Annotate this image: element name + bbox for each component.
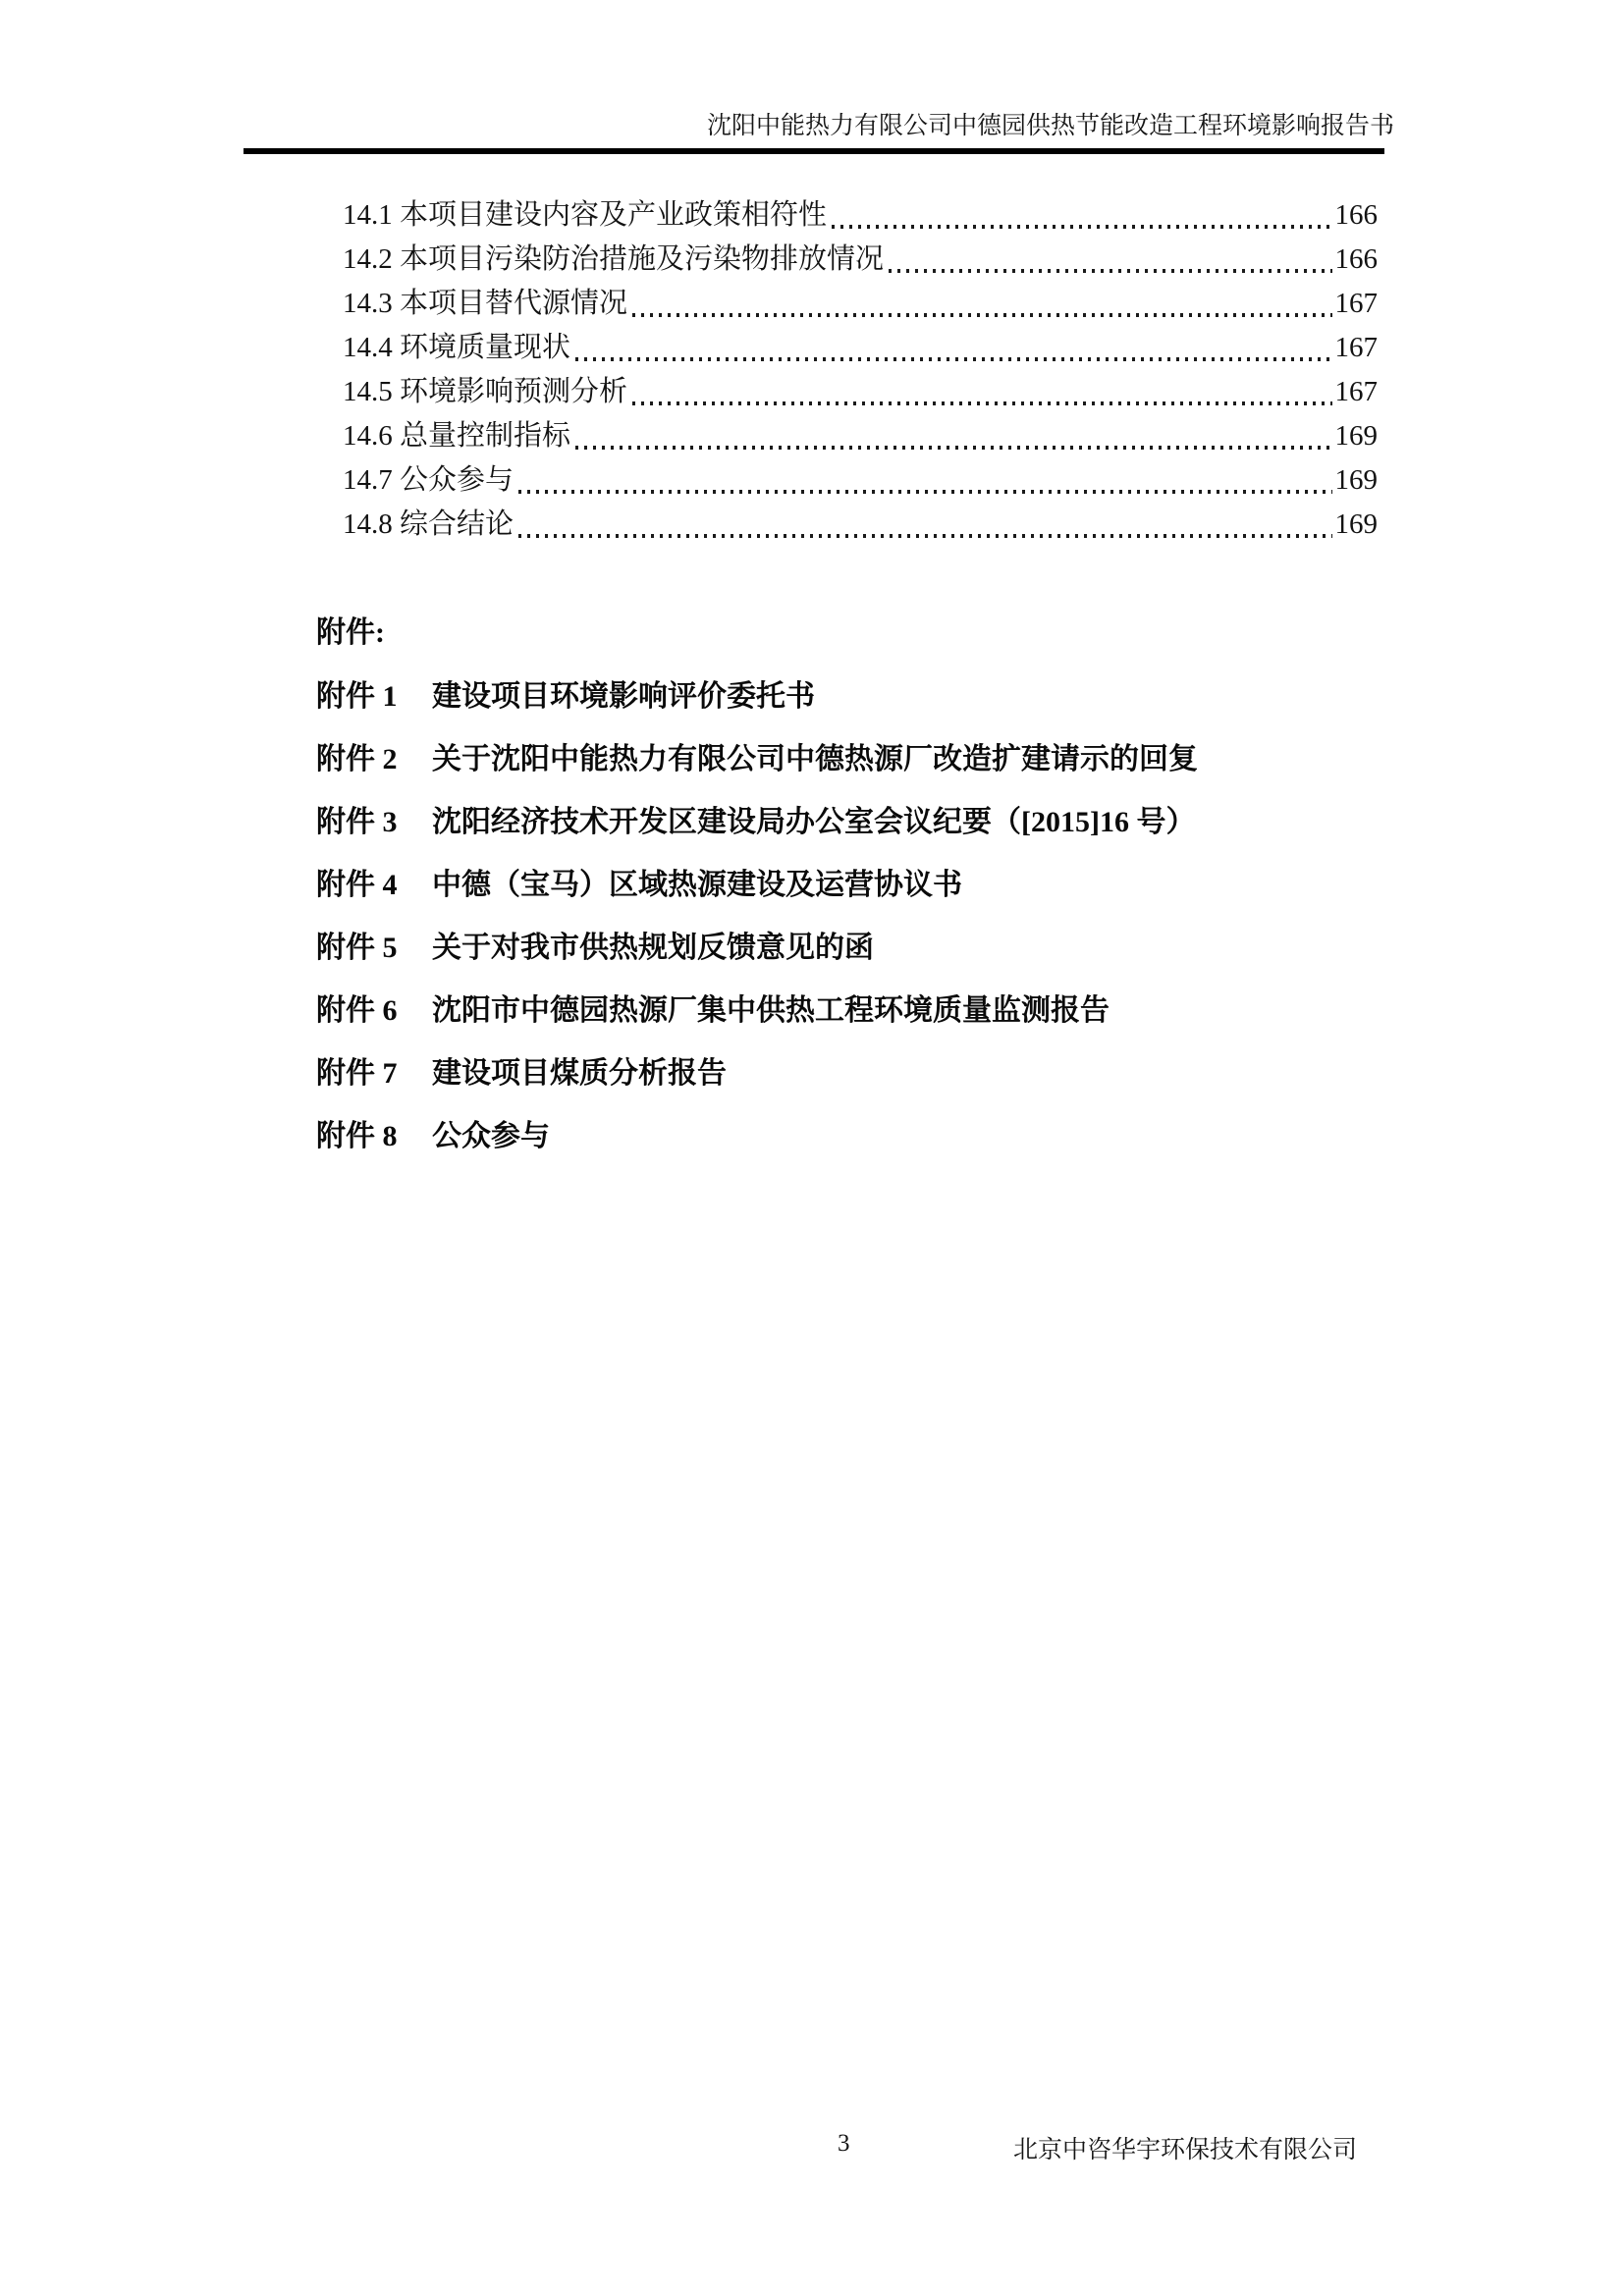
footer-company-name: 北京中咨华宇环保技术有限公司: [1013, 2130, 1357, 2165]
toc-entry: 14.4 环境质量现状 167: [343, 326, 1378, 370]
attachment-label: 附件 2: [316, 742, 432, 805]
toc-page-number: 167: [1335, 326, 1379, 370]
attachment-item: 附件 5 关于对我市供热规划反馈意见的函: [316, 931, 1396, 993]
attachment-label: 附件 8: [316, 1119, 432, 1182]
attachment-label: 附件 4: [316, 868, 432, 931]
attachment-item: 附件 1 建设项目环境影响评价委托书: [316, 679, 1396, 742]
attachment-title: 建设项目环境影响评价委托书: [432, 679, 815, 742]
footer-page-number: 3: [838, 2130, 850, 2158]
attachment-item: 附件 4 中德（宝马）区域热源建设及运营协议书: [316, 868, 1396, 931]
toc-entry-label: 14.8 综合结论: [343, 503, 514, 547]
toc-entry-label: 14.6 总量控制指标: [343, 414, 570, 458]
toc-entry: 14.2 本项目污染防治措施及污染物排放情况 166: [343, 238, 1378, 282]
attachment-title: 关于对我市供热规划反馈意见的函: [432, 931, 874, 993]
toc-leader-dots: [832, 225, 1331, 229]
toc-entry: 14.8 综合结论 169: [343, 503, 1378, 547]
toc-page-number: 166: [1335, 238, 1379, 282]
toc-leader-dots: [518, 490, 1331, 494]
page-header-title: 沈阳中能热力有限公司中德园供热节能改造工程环境影响报告书: [707, 112, 1394, 141]
toc-entry-label: 14.4 环境质量现状: [343, 326, 570, 370]
header-divider-rule: [244, 148, 1384, 154]
toc-page-number: 167: [1335, 370, 1379, 414]
toc-entry: 14.5 环境影响预测分析 167: [343, 370, 1378, 414]
toc-entry: 14.7 公众参与 169: [343, 458, 1378, 503]
toc-page-number: 166: [1335, 193, 1379, 238]
toc-leader-dots: [632, 313, 1331, 317]
toc-page-number: 169: [1335, 458, 1379, 503]
toc-entry: 14.6 总量控制指标 169: [343, 414, 1378, 458]
attachment-label: 附件 1: [316, 679, 432, 742]
document-page: 沈阳中能热力有限公司中德园供热节能改造工程环境影响报告书 14.1 本项目建设内…: [0, 0, 1624, 2296]
attachment-title: 关于沈阳中能热力有限公司中德热源厂改造扩建请示的回复: [432, 742, 1198, 805]
toc-entry-label: 14.7 公众参与: [343, 458, 514, 503]
toc-entry-label: 14.3 本项目替代源情况: [343, 282, 627, 326]
attachment-item: 附件 2 关于沈阳中能热力有限公司中德热源厂改造扩建请示的回复: [316, 742, 1396, 805]
toc-leader-dots: [632, 401, 1331, 405]
toc-page-number: 169: [1335, 414, 1379, 458]
table-of-contents: 14.1 本项目建设内容及产业政策相符性 166 14.2 本项目污染防治措施及…: [343, 193, 1378, 547]
toc-leader-dots: [575, 446, 1331, 450]
attachment-title: 建设项目煤质分析报告: [432, 1056, 727, 1119]
toc-leader-dots: [575, 357, 1331, 361]
attachment-label: 附件 6: [316, 993, 432, 1056]
toc-leader-dots: [518, 534, 1331, 538]
toc-entry-label: 14.5 环境影响预测分析: [343, 370, 627, 414]
toc-entry-label: 14.1 本项目建设内容及产业政策相符性: [343, 193, 827, 238]
attachments-heading: 附件:: [316, 616, 1396, 679]
toc-page-number: 169: [1335, 503, 1379, 547]
toc-entry-label: 14.2 本项目污染防治措施及污染物排放情况: [343, 238, 884, 282]
attachment-item: 附件 8 公众参与: [316, 1119, 1396, 1182]
attachment-title: 沈阳经济技术开发区建设局办公室会议纪要（[2015]16 号）: [432, 805, 1195, 868]
attachment-title: 中德（宝马）区域热源建设及运营协议书: [432, 868, 962, 931]
toc-page-number: 167: [1335, 282, 1379, 326]
toc-leader-dots: [889, 269, 1331, 273]
attachments-section: 附件: 附件 1 建设项目环境影响评价委托书 附件 2 关于沈阳中能热力有限公司…: [316, 616, 1396, 1182]
attachment-title: 沈阳市中德园热源厂集中供热工程环境质量监测报告: [432, 993, 1110, 1056]
attachment-label: 附件 5: [316, 931, 432, 993]
attachment-item: 附件 6 沈阳市中德园热源厂集中供热工程环境质量监测报告: [316, 993, 1396, 1056]
attachment-item: 附件 7 建设项目煤质分析报告: [316, 1056, 1396, 1119]
attachment-label: 附件 3: [316, 805, 432, 868]
toc-entry: 14.3 本项目替代源情况 167: [343, 282, 1378, 326]
attachment-item: 附件 3 沈阳经济技术开发区建设局办公室会议纪要（[2015]16 号）: [316, 805, 1396, 868]
attachment-title: 公众参与: [432, 1119, 550, 1182]
toc-entry: 14.1 本项目建设内容及产业政策相符性 166: [343, 193, 1378, 238]
attachment-label: 附件 7: [316, 1056, 432, 1119]
